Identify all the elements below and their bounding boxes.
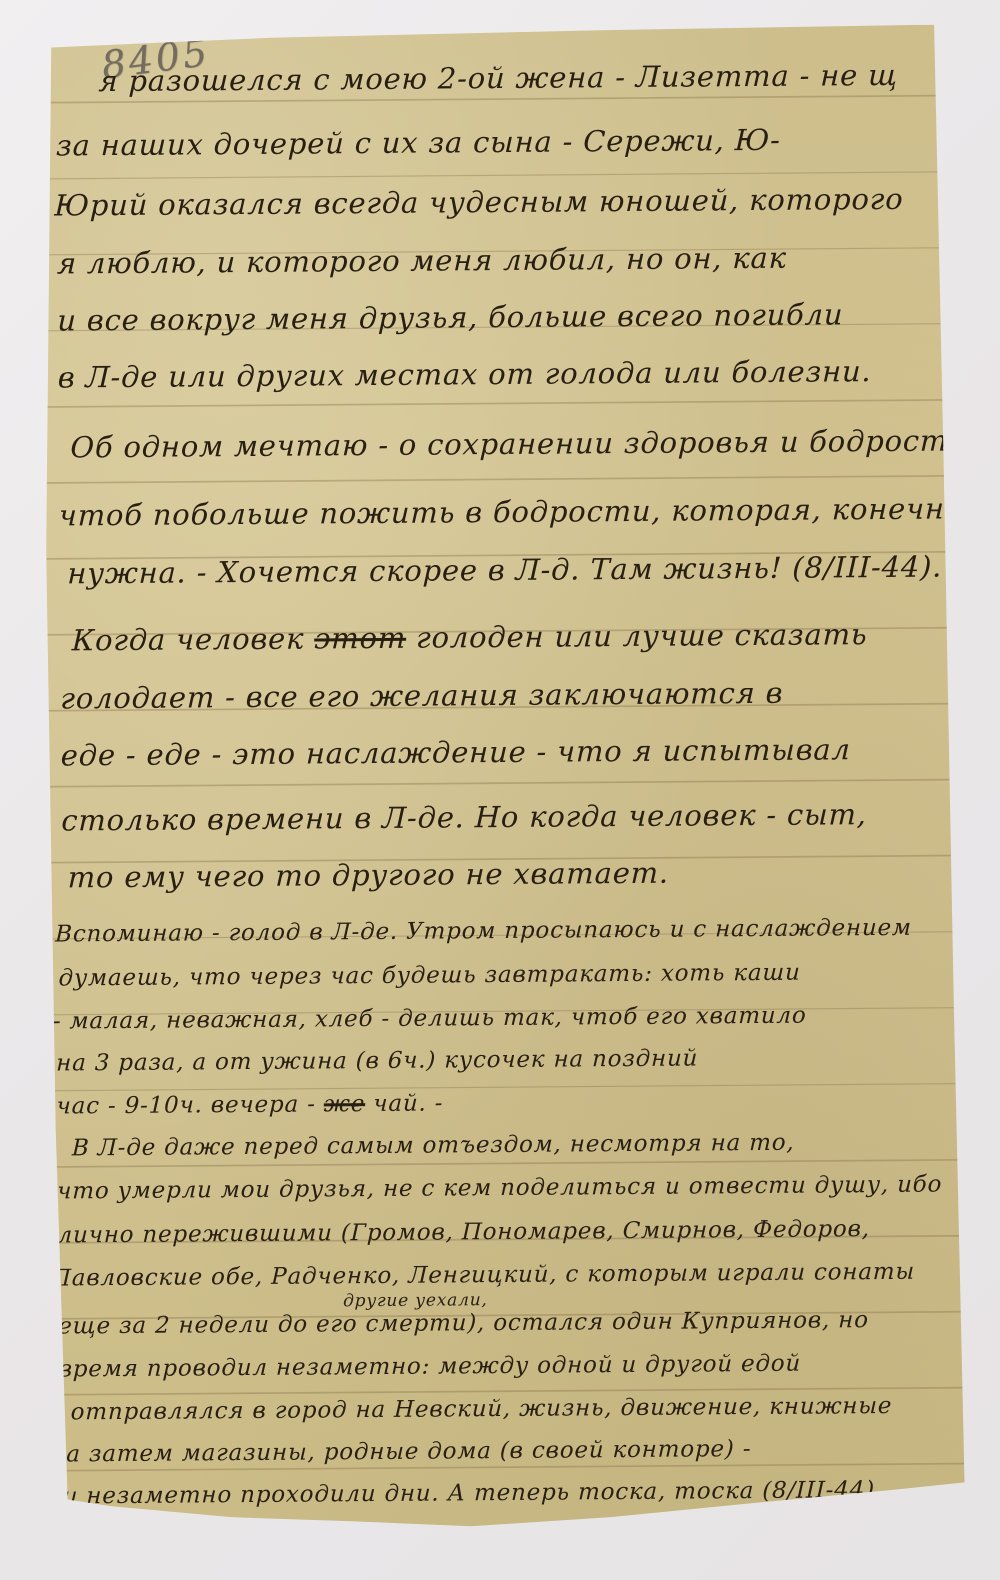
handwritten-line: еще за 2 недели до его смерти), остался … [58,1309,869,1338]
handwritten-line: и незаметно проходили дни. А теперь тоск… [62,1479,875,1508]
handwritten-line: еде - еде - это наслаждение - что я испы… [60,735,851,770]
crossed-out-word: этот [314,621,407,656]
handwritten-line: чтоб побольше пожить в бодрости, которая… [59,494,974,530]
handwritten-line: нужна. - Хочется скорее в Л-д. Там жизнь… [67,553,943,589]
handwritten-line: время проводил незаметно: между одной и … [58,1353,801,1382]
handwritten-line: что умерли мои друзья, не с кем поделить… [57,1174,943,1204]
handwritten-line: Когда человек этот голоден или лучше ска… [72,620,868,655]
manuscript-page: 8405 я разошелся с моею 2-ой жена - Лизе… [41,24,965,1531]
handwritten-line: Юрий оказался всегда чудесным юношей, ко… [54,185,904,221]
handwritten-line: лично пережившими (Громов, Пономарев, См… [57,1218,870,1247]
handwritten-line: а затем магазины, родные дома (в своей к… [66,1438,752,1466]
handwritten-line: на 3 раза, а от ужина (в 6ч.) кусочек на… [56,1047,699,1075]
crossed-out-word: же [323,1091,365,1117]
handwritten-line: Вспоминаю - голод в Л-де. Утром просыпаю… [55,917,912,947]
handwritten-line: Павловские обе, Радченко, Ленгицкий, с к… [51,1261,916,1291]
handwriting-layer: я разошелся с моею 2-ой жена - Лизетта -… [41,24,953,31]
handwritten-line: другие уехали, [343,1292,488,1310]
handwritten-line: я разошелся с моею 2-ой жена - Лизетта -… [98,61,898,96]
handwritten-line: столько времени в Л-де. Но когда человек… [61,800,867,835]
handwritten-line: в Л-де или других местах от голода или б… [57,357,871,392]
handwritten-line: голодает - все его желания заключаются в [60,679,784,714]
scan-background: 8405 я разошелся с моею 2-ой жена - Лизе… [0,0,1000,1580]
handwritten-line: В Л-де даже перед самым отъездом, несмот… [72,1132,795,1161]
handwritten-line: и все вокруг меня друзья, больше всего п… [57,300,844,335]
handwritten-line: думаешь, что через час будешь завтракать… [58,962,801,991]
handwritten-line: Об одном мечтаю - о сохранении здоровья … [70,426,978,462]
handwritten-line: - отправлялся в город на Невский, жизнь,… [54,1395,893,1425]
handwritten-line: я люблю, и которого меня любил, но он, к… [57,244,788,279]
handwritten-line: час - 9-10ч. вечера - же чай. - [56,1092,443,1118]
handwritten-line: - малая, неважная, хлеб - делишь так, чт… [53,1005,807,1034]
handwritten-line: то ему чего то другого не хватает. [67,859,669,893]
handwritten-line: за наших дочерей с их за сына - Сережи, … [56,126,782,161]
